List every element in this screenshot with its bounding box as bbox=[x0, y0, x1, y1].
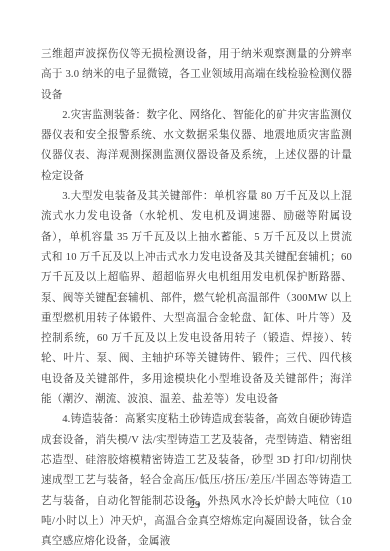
paragraph-item-3-large-power-generation-equipment: 3.大型发电装备及其关键部件：单机容量 80 万千瓦及以上混流式水力发电设备（水… bbox=[41, 187, 352, 410]
document-page: 三维超声波探伤仪等无损检测设备，用于纳米观察测量的分辨率高于 3.0 纳米的电子… bbox=[0, 0, 390, 551]
body-text: 三维超声波探伤仪等无损检测设备，用于纳米观察测量的分辨率高于 3.0 纳米的电子… bbox=[41, 45, 352, 551]
paragraph-continuation: 三维超声波探伤仪等无损检测设备，用于纳米观察测量的分辨率高于 3.0 纳米的电子… bbox=[41, 45, 352, 106]
page-number: 29 bbox=[0, 498, 390, 514]
paragraph-item-2-disaster-monitoring-equipment: 2.灾害监测装备：数字化、网络化、智能化的矿井灾害监测仪器仪表和安全报警系统、水… bbox=[41, 106, 352, 187]
paragraph-item-4-casting-equipment: 4.铸造装备：高紧实度粘土砂铸造成套装备，高效自硬砂铸造成套设备，消失模/V 法… bbox=[41, 410, 352, 551]
